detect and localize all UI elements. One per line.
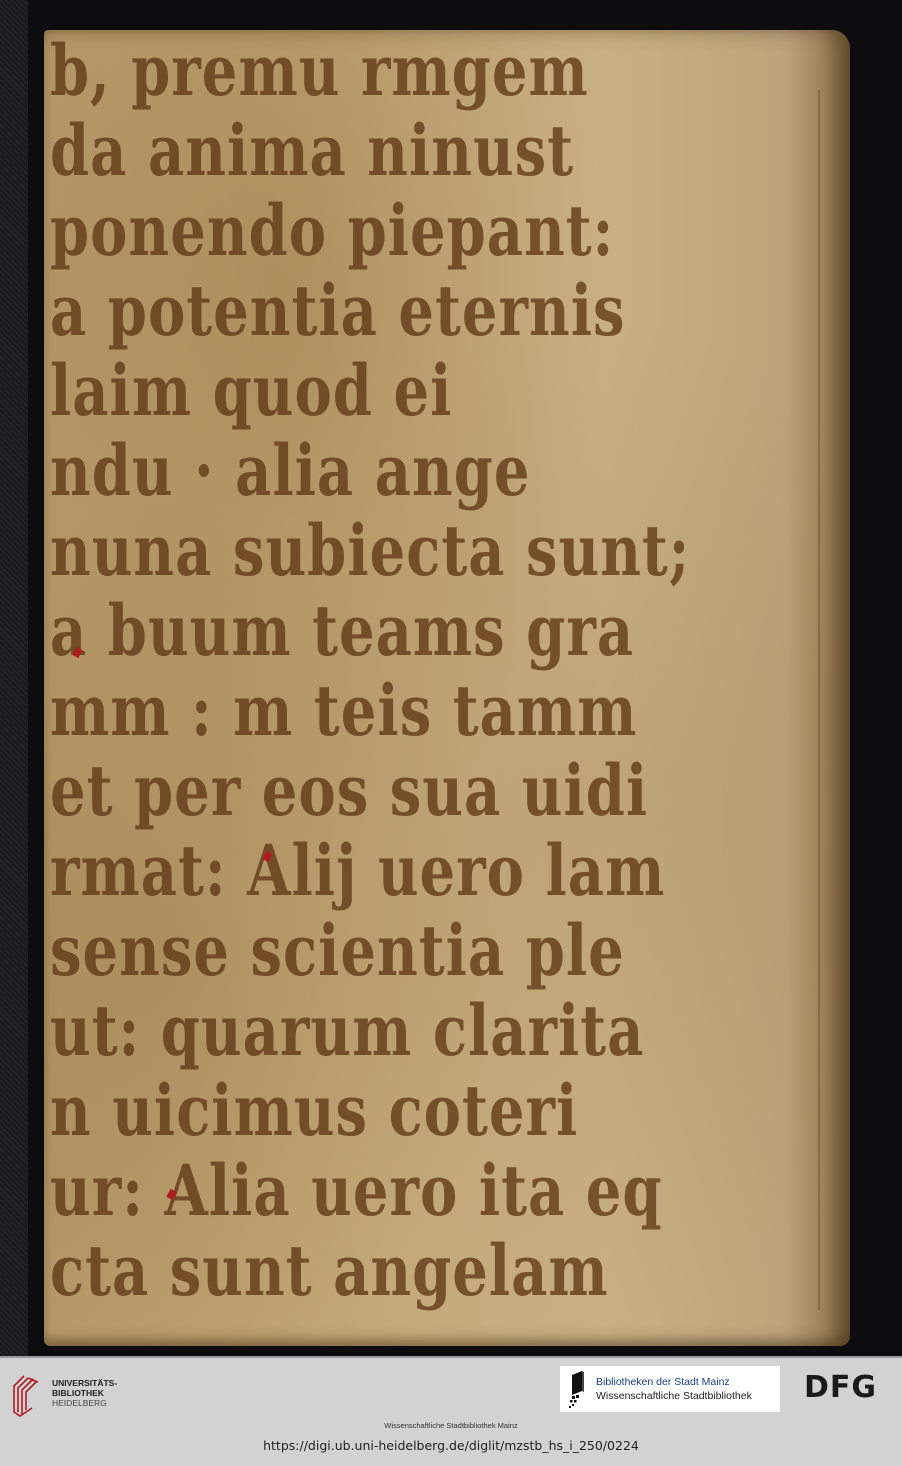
ub-heidelberg-logo[interactable]: UNIVERSITÄTS- BIBLIOTHEK HEIDELBERG [10, 1372, 117, 1418]
text-line: da anima ninust [50, 116, 574, 186]
manuscript-text-block: b, premu rmgem da anima ninust ponendo p… [44, 30, 684, 1346]
text-line: mm : m teis tamm [50, 676, 637, 746]
text-line: ut: quarum clarita [50, 996, 644, 1066]
leaf-fold-edge [818, 90, 842, 1310]
text-line: et per eos sua uidi [50, 756, 648, 826]
dfg-logo[interactable]: DFG [804, 1370, 877, 1405]
mainz-logo-line2: Wissenschaftliche Stadtbibliothek [596, 1389, 752, 1403]
text-line: a buum teams gra [50, 596, 634, 666]
mainz-library-logo[interactable]: Bibliotheken der Stadt Mainz Wissenschaf… [560, 1366, 780, 1412]
permalink-url[interactable]: https://digi.ub.uni-heidelberg.de/diglit… [0, 1438, 902, 1453]
parchment-leaf: b, premu rmgem da anima ninust ponendo p… [44, 30, 850, 1346]
footer: UNIVERSITÄTS- BIBLIOTHEK HEIDELBERG Bibl… [0, 1356, 902, 1466]
text-line: a potentia eternis [50, 276, 626, 346]
holding-institution: Wissenschaftliche Stadtbibliothek Mainz [0, 1421, 902, 1430]
text-line: sense scientia ple [50, 916, 625, 986]
text-line: ndu · alia ange [50, 436, 530, 506]
manuscript-scan: b, premu rmgem da anima ninust ponendo p… [0, 0, 902, 1356]
text-line: ponendo piepant: [50, 196, 614, 266]
text-line: b, premu rmgem [50, 36, 589, 106]
ub-logo-line1: UNIVERSITÄTS- [52, 1378, 117, 1388]
ub-heidelberg-logo-icon [10, 1372, 46, 1418]
text-line: n uicimus coteri [50, 1076, 578, 1146]
text-line: nuna subiecta sunt; [50, 516, 684, 586]
ub-logo-line3: HEIDELBERG [52, 1398, 117, 1408]
ub-logo-line2: BIBLIOTHEK [52, 1388, 117, 1398]
background-cloth [0, 0, 28, 1356]
text-line: cta sunt angelam [50, 1236, 609, 1306]
mainz-library-book-icon [566, 1369, 590, 1409]
mainz-logo-line1: Bibliotheken der Stadt Mainz [596, 1375, 752, 1389]
text-line: rmat: Alij uero lam [50, 836, 665, 906]
text-line: ur: Alia uero ita eq [50, 1156, 663, 1226]
text-line: laim quod ei [50, 356, 452, 426]
